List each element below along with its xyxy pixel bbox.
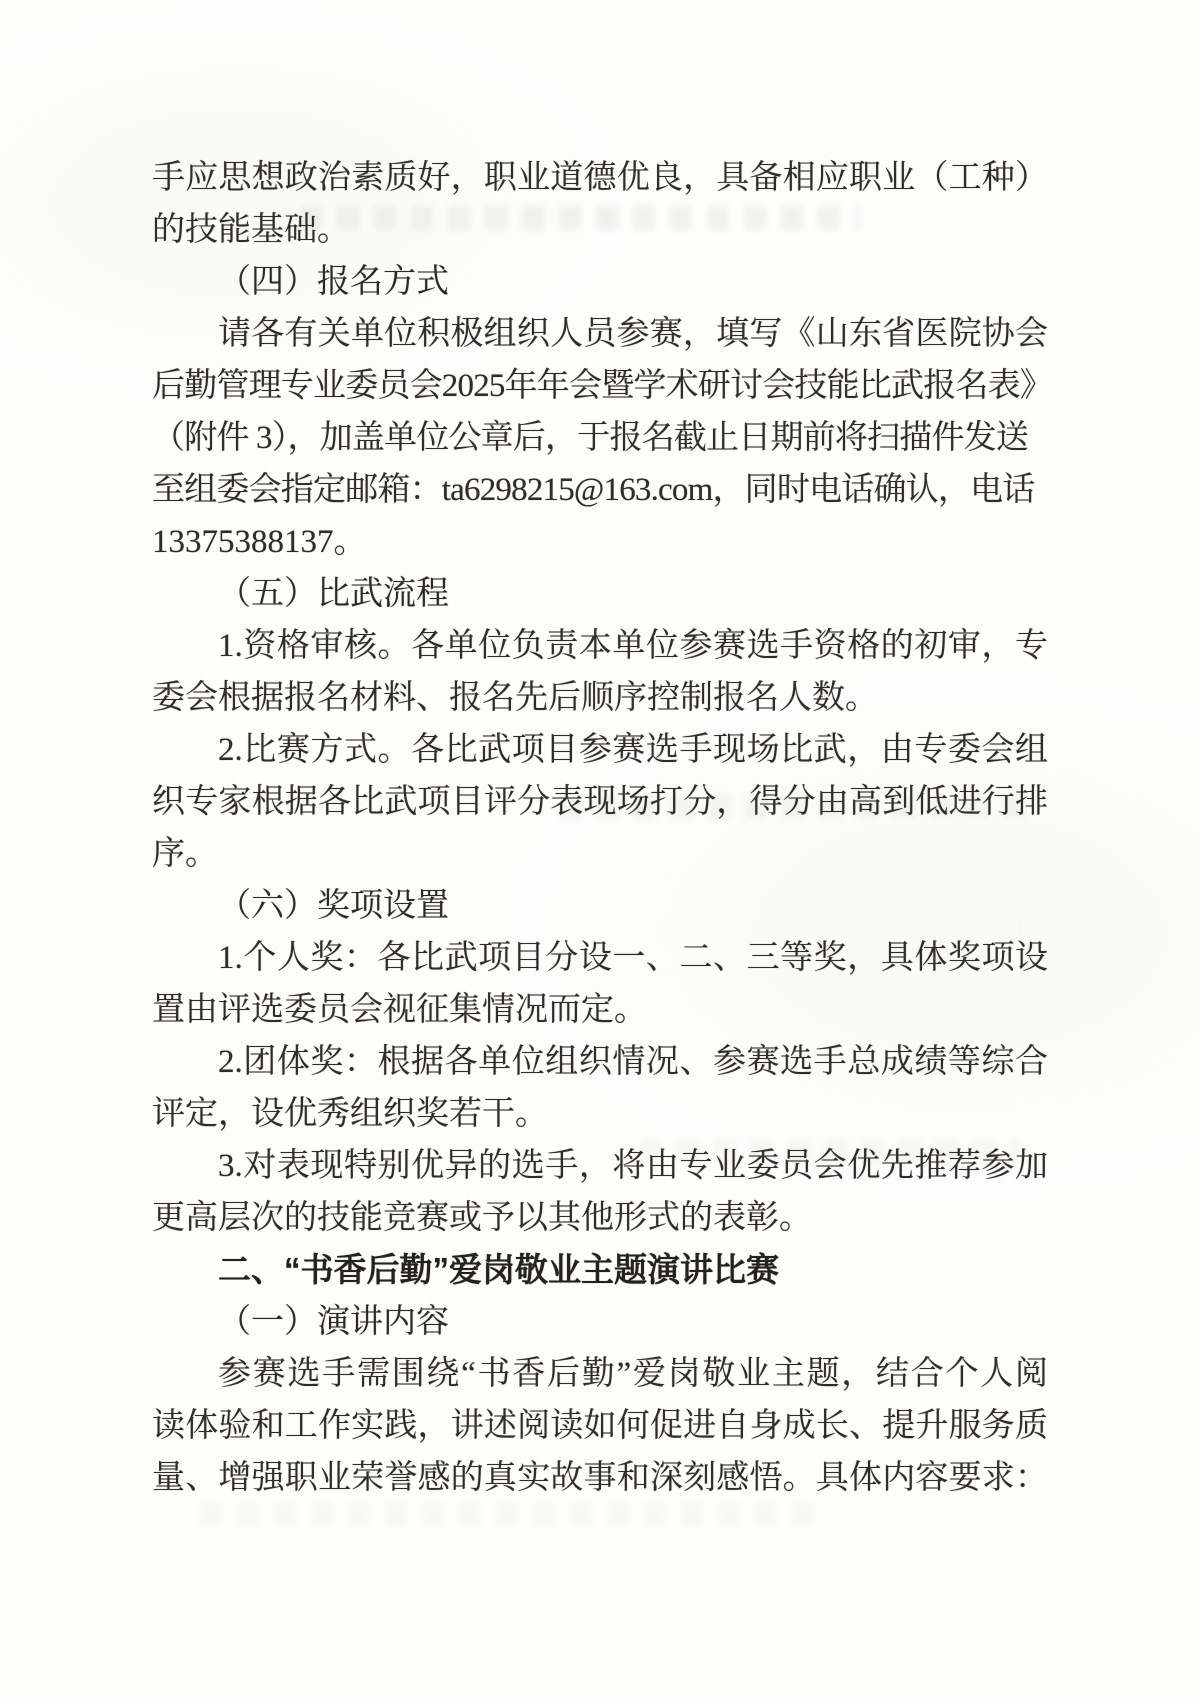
text-line: 读体验和工作实践，讲述阅读如何促进自身成长、提升服务质: [152, 1400, 1048, 1452]
text-line: 评定，设优秀组织奖若干。: [152, 1088, 1048, 1140]
text-line: 请各有关单位积极组织人员参赛，填写《山东省医院协会: [152, 308, 1048, 360]
text-line: 参赛选手需围绕“书香后勤”爱岗敬业主题，结合个人阅: [152, 1348, 1048, 1400]
scanned-document-page: 手应思想政治素质好，职业道德优良，具备相应职业（工种）的技能基础。（四）报名方式…: [0, 0, 1200, 1698]
text-line: 2.团体奖：根据各单位组织情况、参赛选手总成绩等综合: [152, 1036, 1048, 1088]
text-line: 2.比赛方式。各比武项目参赛选手现场比武，由专委会组: [152, 724, 1048, 776]
text-line: 13375388137。: [152, 516, 1048, 568]
section-heading-line: （五）比武流程: [152, 568, 1048, 620]
section-heading-line: （四）报名方式: [152, 256, 1048, 308]
text-line: 1.个人奖：各比武项目分设一、二、三等奖，具体奖项设: [152, 932, 1048, 984]
text-line: 织专家根据各比武项目评分表现场打分，得分由高到低进行排: [152, 776, 1048, 828]
scan-artifact: [200, 1502, 820, 1526]
text-line: 至组委会指定邮箱：ta6298215@163.com，同时电话确认，电话: [152, 464, 1048, 516]
text-line: 3.对表现特别优异的选手，将由专业委员会优先推荐参加: [152, 1140, 1048, 1192]
section-heading-line: （一）演讲内容: [152, 1296, 1048, 1348]
text-line: 置由评选委员会视征集情况而定。: [152, 984, 1048, 1036]
text-line: 手应思想政治素质好，职业道德优良，具备相应职业（工种）: [152, 152, 1048, 204]
text-line: 的技能基础。: [152, 204, 1048, 256]
text-line: 1.资格审核。各单位负责本单位参赛选手资格的初审，专: [152, 620, 1048, 672]
document-body: 手应思想政治素质好，职业道德优良，具备相应职业（工种）的技能基础。（四）报名方式…: [152, 152, 1048, 1504]
text-line: 后勤管理专业委员会2025年年会暨学术研讨会技能比武报名表》: [152, 360, 1048, 412]
text-line: 委会根据报名材料、报名先后顺序控制报名人数。: [152, 672, 1048, 724]
heading-line: 二、“书香后勤”爱岗敬业主题演讲比赛: [152, 1244, 1048, 1296]
text-line: 更高层次的技能竞赛或予以其他形式的表彰。: [152, 1192, 1048, 1244]
text-line: 序。: [152, 828, 1048, 880]
section-heading-line: （六）奖项设置: [152, 880, 1048, 932]
text-line: （附件 3），加盖单位公章后，于报名截止日期前将扫描件发送: [152, 412, 1048, 464]
text-line: 量、增强职业荣誉感的真实故事和深刻感悟。具体内容要求：: [152, 1452, 1048, 1504]
